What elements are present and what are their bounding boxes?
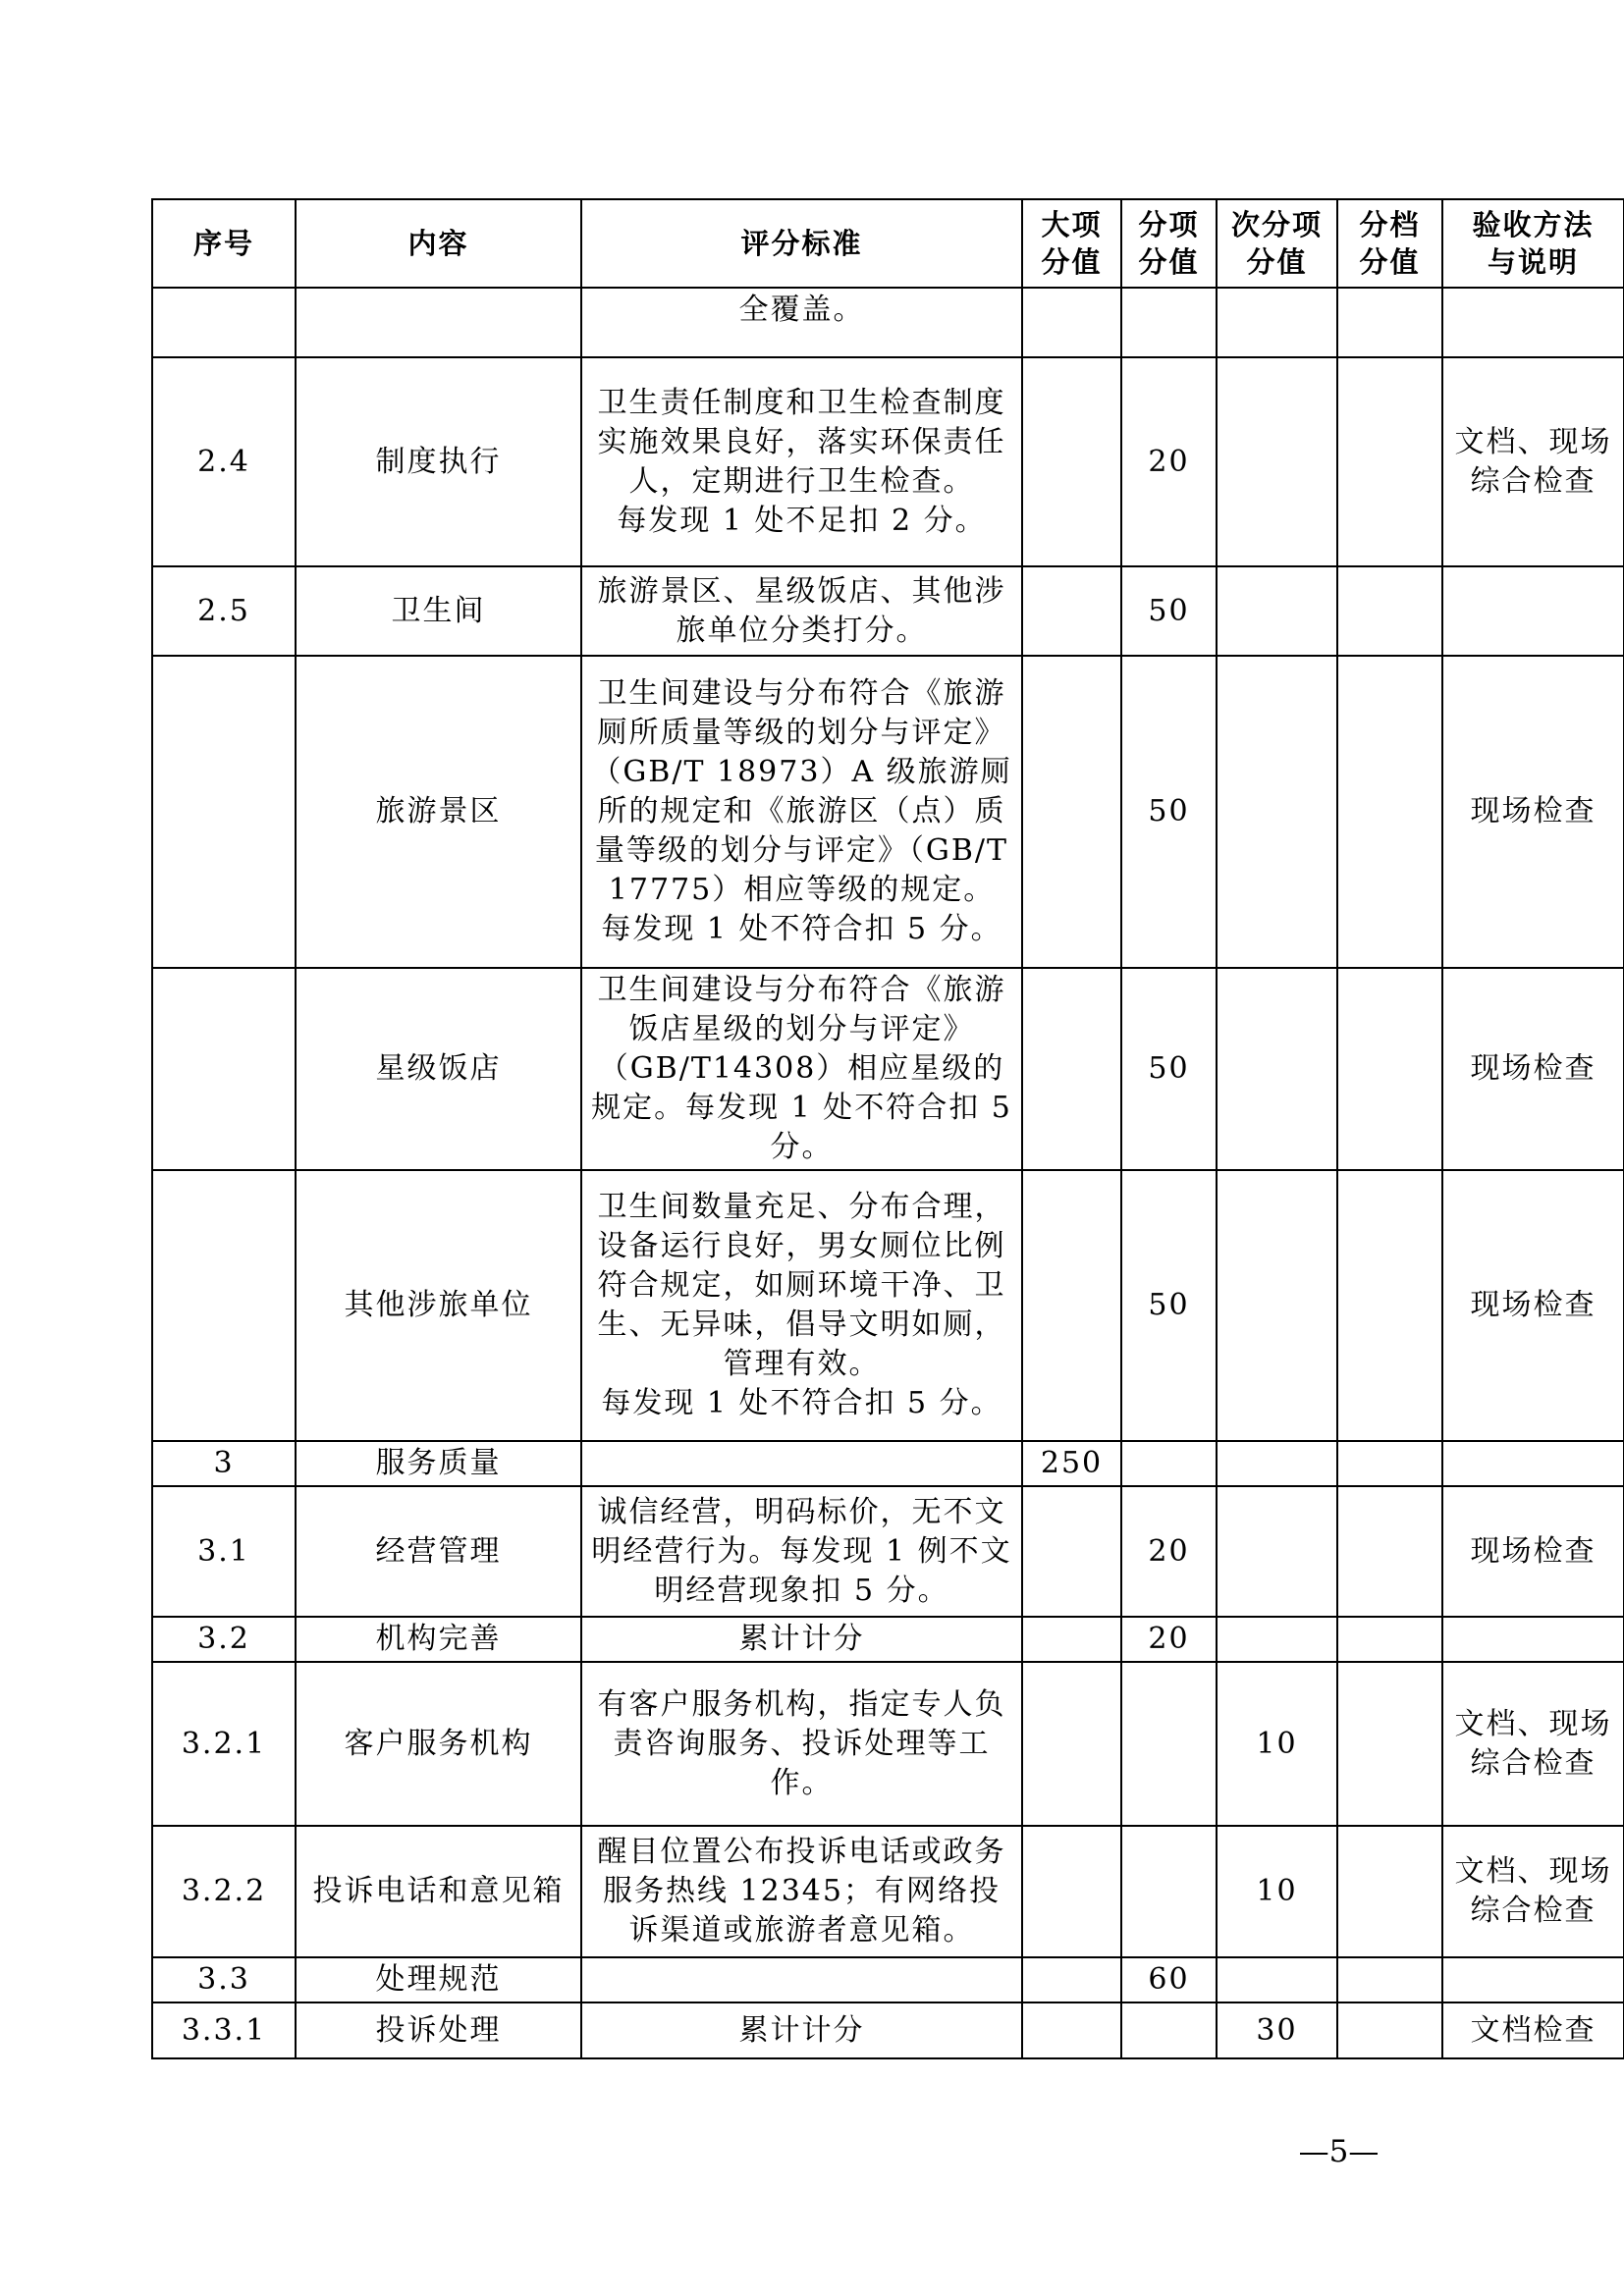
cell-criteria: 全覆盖。 xyxy=(581,288,1022,357)
cell-sub xyxy=(1121,288,1217,357)
cell-subsub xyxy=(1217,566,1337,656)
cell-subsub: 10 xyxy=(1217,1826,1337,1957)
cell-sub: 50 xyxy=(1121,566,1217,656)
cell-major xyxy=(1022,1170,1121,1441)
table-row: 其他涉旅单位卫生间数量充足、分布合理，设备运行良好，男女厕位比例符合规定，如厕环… xyxy=(152,1170,1624,1441)
header-cell-content: 内容 xyxy=(296,199,581,288)
cell-major xyxy=(1022,357,1121,566)
cell-no xyxy=(152,656,296,968)
cell-criteria: 卫生间数量充足、分布合理，设备运行良好，男女厕位比例符合规定，如厕环境干净、卫生… xyxy=(581,1170,1022,1441)
cell-content: 客户服务机构 xyxy=(296,1662,581,1826)
cell-subsub xyxy=(1217,1170,1337,1441)
table-row: 全覆盖。 xyxy=(152,288,1624,357)
table-row: 2.5卫生间旅游景区、星级饭店、其他涉旅单位分类打分。50 xyxy=(152,566,1624,656)
cell-sub: 20 xyxy=(1121,1617,1217,1662)
cell-content: 旅游景区 xyxy=(296,656,581,968)
cell-major xyxy=(1022,566,1121,656)
cell-tier xyxy=(1337,1957,1442,2002)
cell-content: 服务质量 xyxy=(296,1441,581,1486)
cell-tier xyxy=(1337,1617,1442,1662)
header-cell-no: 序号 xyxy=(152,199,296,288)
cell-content: 经营管理 xyxy=(296,1486,581,1617)
cell-subsub xyxy=(1217,656,1337,968)
cell-sub xyxy=(1121,1441,1217,1486)
cell-major xyxy=(1022,288,1121,357)
cell-sub: 60 xyxy=(1121,1957,1217,2002)
cell-no: 3.2 xyxy=(152,1617,296,1662)
cell-no: 3.2.2 xyxy=(152,1826,296,1957)
cell-no: 2.4 xyxy=(152,357,296,566)
cell-content: 投诉电话和意见箱 xyxy=(296,1826,581,1957)
cell-tier xyxy=(1337,656,1442,968)
cell-content: 卫生间 xyxy=(296,566,581,656)
cell-criteria: 累计计分 xyxy=(581,1617,1022,1662)
cell-method xyxy=(1442,288,1624,357)
document-page: 序号内容评分标准大项 分值分项 分值次分项 分值分档 分值验收方法 与说明 全覆… xyxy=(151,198,1624,2059)
cell-major xyxy=(1022,1617,1121,1662)
cell-sub: 50 xyxy=(1121,656,1217,968)
cell-tier xyxy=(1337,2002,1442,2058)
cell-tier xyxy=(1337,288,1442,357)
cell-method xyxy=(1442,566,1624,656)
cell-content: 其他涉旅单位 xyxy=(296,1170,581,1441)
cell-content: 星级饭店 xyxy=(296,968,581,1170)
cell-criteria xyxy=(581,1441,1022,1486)
table-row: 2.4制度执行卫生责任制度和卫生检查制度实施效果良好，落实环保责任人，定期进行卫… xyxy=(152,357,1624,566)
cell-no: 2.5 xyxy=(152,566,296,656)
cell-subsub: 30 xyxy=(1217,2002,1337,2058)
table-row: 3服务质量250 xyxy=(152,1441,1624,1486)
table-row: 3.1经营管理诚信经营，明码标价，无不文明经营行为。每发现 1 例不文明经营现象… xyxy=(152,1486,1624,1617)
cell-major xyxy=(1022,1662,1121,1826)
cell-major xyxy=(1022,656,1121,968)
cell-method: 文档检查 xyxy=(1442,2002,1624,2058)
cell-tier xyxy=(1337,357,1442,566)
cell-criteria: 卫生责任制度和卫生检查制度实施效果良好，落实环保责任人，定期进行卫生检查。 每发… xyxy=(581,357,1022,566)
cell-method xyxy=(1442,1441,1624,1486)
cell-no: 3.2.1 xyxy=(152,1662,296,1826)
cell-content: 制度执行 xyxy=(296,357,581,566)
cell-no xyxy=(152,968,296,1170)
table-row: 旅游景区卫生间建设与分布符合《旅游厕所质量等级的划分与评定》（GB/T 1897… xyxy=(152,656,1624,968)
cell-sub xyxy=(1121,1826,1217,1957)
cell-method: 现场检查 xyxy=(1442,656,1624,968)
cell-major xyxy=(1022,1486,1121,1617)
cell-criteria xyxy=(581,1957,1022,2002)
cell-method: 现场检查 xyxy=(1442,1170,1624,1441)
cell-major xyxy=(1022,2002,1121,2058)
cell-sub: 20 xyxy=(1121,1486,1217,1617)
header-cell-subsub: 次分项 分值 xyxy=(1217,199,1337,288)
cell-subsub xyxy=(1217,1617,1337,1662)
cell-method xyxy=(1442,1617,1624,1662)
cell-major xyxy=(1022,1826,1121,1957)
table-row: 3.2机构完善累计计分20 xyxy=(152,1617,1624,1662)
cell-major xyxy=(1022,1957,1121,2002)
cell-tier xyxy=(1337,968,1442,1170)
cell-tier xyxy=(1337,566,1442,656)
page-number: —5— xyxy=(1292,2132,1385,2171)
cell-content: 投诉处理 xyxy=(296,2002,581,2058)
header-cell-criteria: 评分标准 xyxy=(581,199,1022,288)
cell-sub: 20 xyxy=(1121,357,1217,566)
cell-no: 3.3.1 xyxy=(152,2002,296,2058)
table-row: 星级饭店卫生间建设与分布符合《旅游饭店星级的划分与评定》（GB/T14308）相… xyxy=(152,968,1624,1170)
cell-subsub xyxy=(1217,968,1337,1170)
header-cell-sub: 分项 分值 xyxy=(1121,199,1217,288)
cell-no: 3.3 xyxy=(152,1957,296,2002)
cell-method: 现场检查 xyxy=(1442,968,1624,1170)
cell-sub: 50 xyxy=(1121,968,1217,1170)
cell-subsub xyxy=(1217,1486,1337,1617)
cell-criteria: 旅游景区、星级饭店、其他涉旅单位分类打分。 xyxy=(581,566,1022,656)
cell-criteria: 卫生间建设与分布符合《旅游厕所质量等级的划分与评定》（GB/T 18973）A … xyxy=(581,656,1022,968)
cell-subsub xyxy=(1217,1957,1337,2002)
cell-content: 处理规范 xyxy=(296,1957,581,2002)
cell-subsub: 10 xyxy=(1217,1662,1337,1826)
header-row: 序号内容评分标准大项 分值分项 分值次分项 分值分档 分值验收方法 与说明 xyxy=(152,199,1624,288)
cell-criteria: 醒目位置公布投诉电话或政务服务热线 12345；有网络投诉渠道或旅游者意见箱。 xyxy=(581,1826,1022,1957)
cell-content xyxy=(296,288,581,357)
cell-criteria: 累计计分 xyxy=(581,2002,1022,2058)
cell-no xyxy=(152,288,296,357)
cell-method: 文档、现场 综合检查 xyxy=(1442,357,1624,566)
cell-criteria: 有客户服务机构，指定专人负责咨询服务、投诉处理等工作。 xyxy=(581,1662,1022,1826)
scoring-criteria-table: 序号内容评分标准大项 分值分项 分值次分项 分值分档 分值验收方法 与说明 全覆… xyxy=(151,198,1624,2059)
cell-method: 文档、现场 综合检查 xyxy=(1442,1826,1624,1957)
cell-criteria: 卫生间建设与分布符合《旅游饭店星级的划分与评定》（GB/T14308）相应星级的… xyxy=(581,968,1022,1170)
cell-tier xyxy=(1337,1662,1442,1826)
cell-method: 现场检查 xyxy=(1442,1486,1624,1617)
cell-method xyxy=(1442,1957,1624,2002)
table-row: 3.3处理规范60 xyxy=(152,1957,1624,2002)
cell-no xyxy=(152,1170,296,1441)
table-body: 全覆盖。2.4制度执行卫生责任制度和卫生检查制度实施效果良好，落实环保责任人，定… xyxy=(152,288,1624,2058)
table-row: 3.3.1投诉处理累计计分30文档检查 xyxy=(152,2002,1624,2058)
cell-major: 250 xyxy=(1022,1441,1121,1486)
cell-tier xyxy=(1337,1441,1442,1486)
cell-subsub xyxy=(1217,1441,1337,1486)
header-cell-major: 大项 分值 xyxy=(1022,199,1121,288)
cell-sub: 50 xyxy=(1121,1170,1217,1441)
header-cell-method: 验收方法 与说明 xyxy=(1442,199,1624,288)
cell-sub xyxy=(1121,1662,1217,1826)
cell-method: 文档、现场 综合检查 xyxy=(1442,1662,1624,1826)
cell-content: 机构完善 xyxy=(296,1617,581,1662)
cell-sub xyxy=(1121,2002,1217,2058)
cell-no: 3.1 xyxy=(152,1486,296,1617)
header-cell-tier: 分档 分值 xyxy=(1337,199,1442,288)
table-row: 3.2.1客户服务机构有客户服务机构，指定专人负责咨询服务、投诉处理等工作。10… xyxy=(152,1662,1624,1826)
cell-tier xyxy=(1337,1486,1442,1617)
cell-tier xyxy=(1337,1826,1442,1957)
table-header: 序号内容评分标准大项 分值分项 分值次分项 分值分档 分值验收方法 与说明 xyxy=(152,199,1624,288)
table-row: 3.2.2投诉电话和意见箱醒目位置公布投诉电话或政务服务热线 12345；有网络… xyxy=(152,1826,1624,1957)
cell-tier xyxy=(1337,1170,1442,1441)
cell-subsub xyxy=(1217,357,1337,566)
cell-major xyxy=(1022,968,1121,1170)
cell-criteria: 诚信经营，明码标价，无不文明经营行为。每发现 1 例不文明经营现象扣 5 分。 xyxy=(581,1486,1022,1617)
cell-subsub xyxy=(1217,288,1337,357)
cell-no: 3 xyxy=(152,1441,296,1486)
